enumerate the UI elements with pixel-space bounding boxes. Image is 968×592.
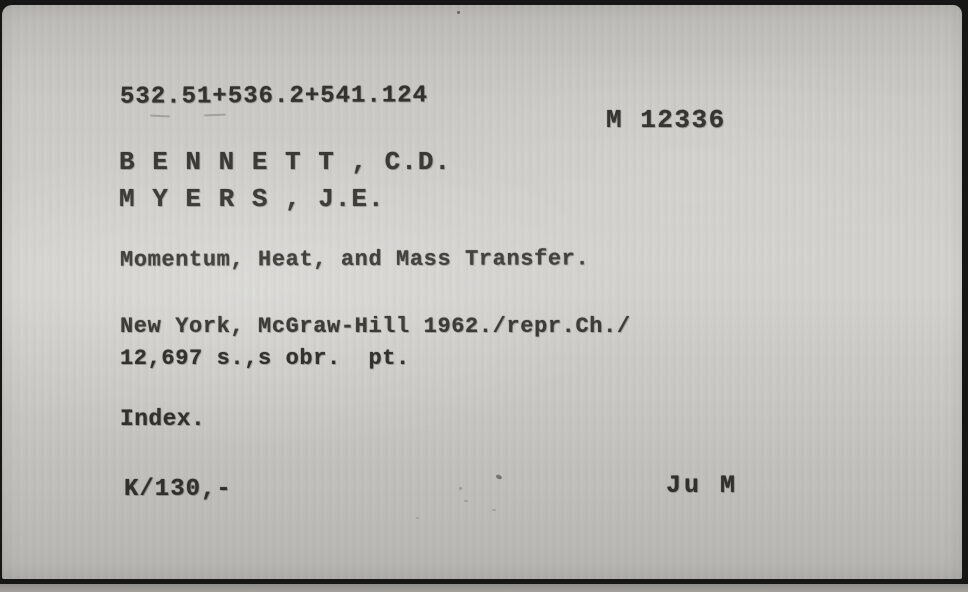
underline-artifact bbox=[150, 115, 170, 118]
underline-artifact bbox=[204, 114, 226, 117]
collation-line: 12,697 s.,s obr. pt. bbox=[120, 348, 410, 370]
classification-number: 532.51+536.2+541.124 bbox=[120, 84, 428, 109]
ink-speckle bbox=[459, 487, 462, 490]
ink-speckle bbox=[492, 509, 496, 511]
author-line-1: B E N N E T T , C.D. bbox=[119, 149, 451, 175]
author-line-2: M Y E R S , J.E. bbox=[119, 186, 385, 212]
shelf-number: M 12336 bbox=[606, 107, 726, 133]
ink-speckle bbox=[416, 517, 419, 519]
title-line: Momentum, Heat, and Mass Transfer. bbox=[120, 248, 589, 271]
note-line: Index. bbox=[120, 408, 205, 431]
cataloger-initials: Ju M bbox=[666, 473, 738, 498]
catalog-card: 532.51+536.2+541.124 M 12336 B E N N E T… bbox=[2, 5, 962, 579]
ink-speckle bbox=[495, 474, 502, 480]
price-line: K/130,- bbox=[124, 478, 232, 502]
ink-speckle bbox=[457, 11, 460, 14]
imprint-line: New York, McGraw-Hill 1962./repr.Ch./ bbox=[120, 316, 631, 338]
paper-bottom-edge bbox=[0, 584, 968, 592]
scan-background: 532.51+536.2+541.124 M 12336 B E N N E T… bbox=[0, 0, 968, 592]
ink-speckle bbox=[464, 500, 468, 502]
